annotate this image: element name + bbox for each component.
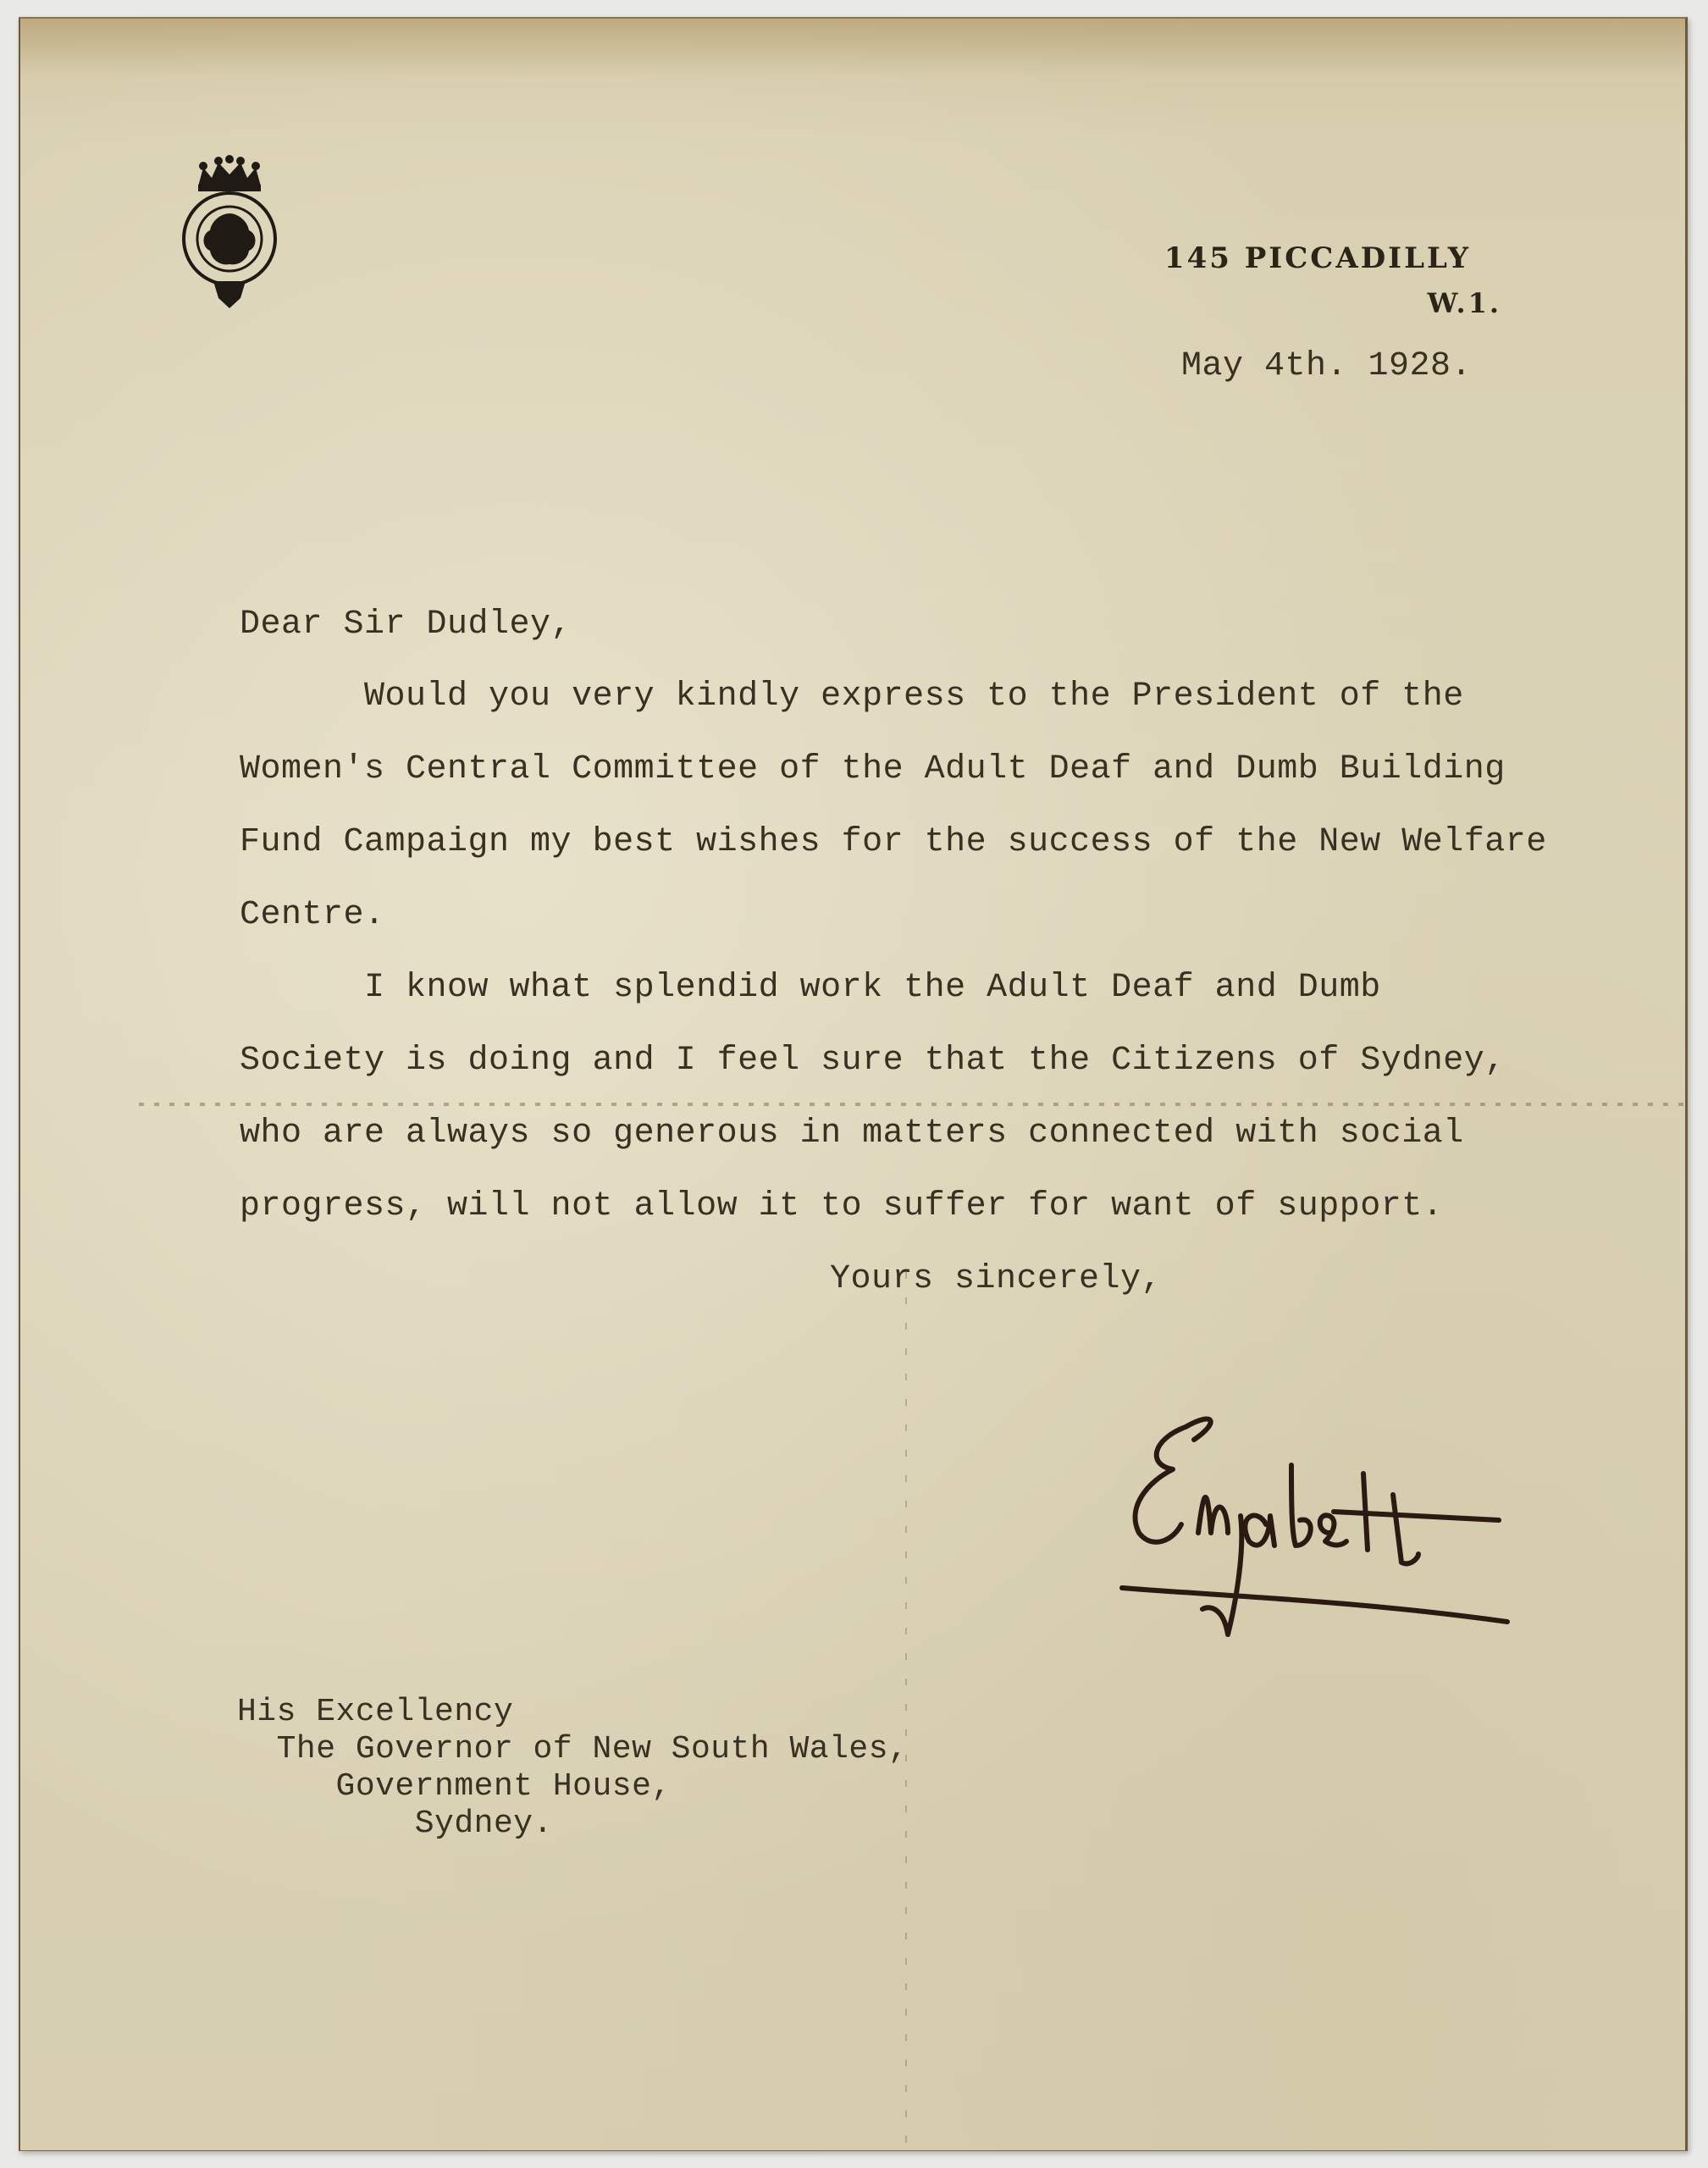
recipient-line: The Governor of New South Wales, — [237, 1731, 908, 1767]
garter-crest-icon: HONI SOIT QUI MAL Y PENSE — [180, 152, 279, 313]
signature: Elizabeth — [1101, 1406, 1575, 1651]
body-line: Fund Campaign my best wishes for the suc… — [240, 823, 1547, 861]
body-line: progress, will not allow it to suffer fo… — [240, 1187, 1443, 1225]
recipient-line: Government House, — [237, 1768, 672, 1805]
letter-date: May 4th. 1928. — [1181, 347, 1472, 385]
closing: Yours sincerely, — [830, 1260, 1162, 1298]
body-line: who are always so generous in matters co… — [240, 1114, 1464, 1153]
salutation: Dear Sir Dudley, — [240, 606, 572, 644]
recipient-line: His Excellency — [237, 1694, 513, 1730]
body-line: Women's Central Committee of the Adult D… — [240, 750, 1506, 788]
horizontal-fold-crease — [139, 1103, 1685, 1106]
address-postcode: W.1. — [1164, 287, 1501, 319]
recipient-line: Sydney. — [237, 1806, 553, 1842]
body-line: Society is doing and I feel sure that th… — [240, 1042, 1506, 1080]
vertical-fold-crease — [905, 1272, 907, 2161]
letterhead-address: 145 PICCADILLY W.1. — [1164, 241, 1471, 319]
body-line: Would you very kindly express to the Pre… — [240, 677, 1464, 716]
address-street: 145 PICCADILLY — [1164, 241, 1471, 275]
body-line: I know what splendid work the Adult Deaf… — [240, 969, 1381, 1007]
body-line: Centre. — [240, 896, 385, 934]
